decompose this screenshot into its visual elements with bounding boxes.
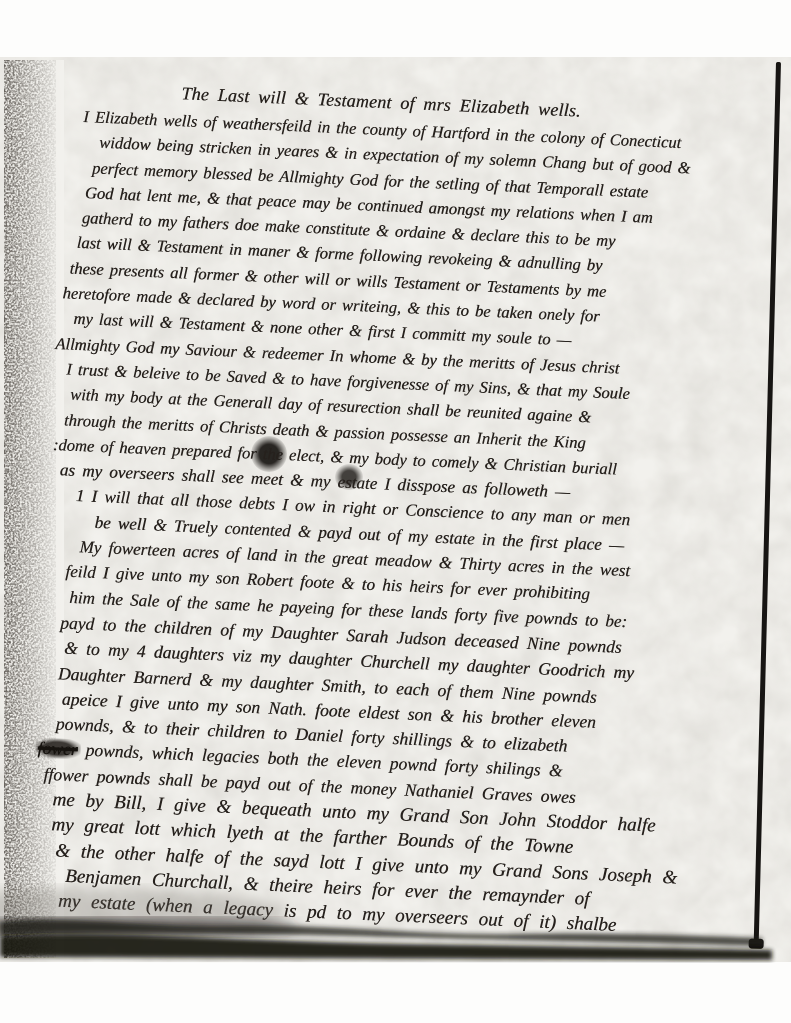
scanned-document-page: The Last will & Testament of mrs Elizabe… bbox=[0, 0, 791, 1023]
struck-out-word: fower bbox=[34, 738, 81, 760]
manuscript-text: The Last will & Testament of mrs Elizabe… bbox=[25, 78, 756, 945]
binding-line-foot bbox=[749, 939, 764, 949]
